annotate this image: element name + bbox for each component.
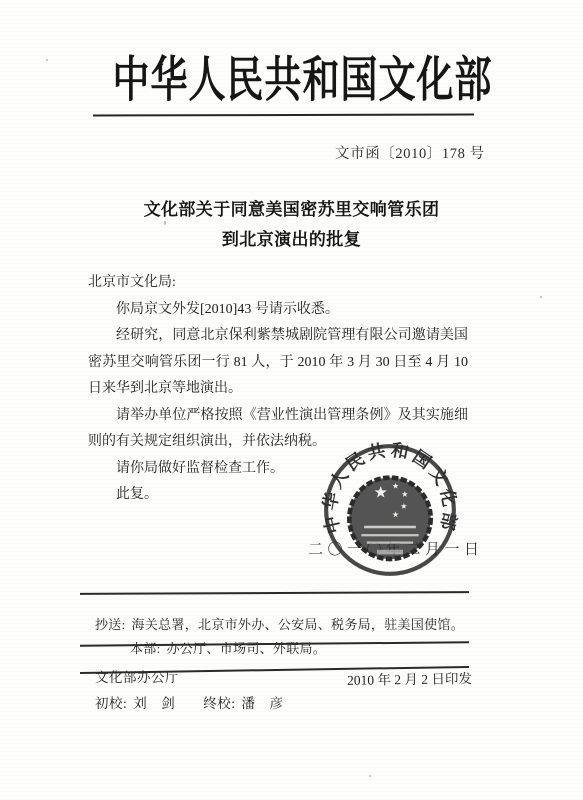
cc-label: 抄送: xyxy=(95,617,126,632)
first-proofreader-name: 刘 剑 xyxy=(133,696,175,711)
scan-speckle xyxy=(540,296,542,298)
issuing-office: 文化部办公厅 xyxy=(95,666,179,686)
issuing-authority-title: 中华人民共和国文化部 xyxy=(11,57,583,105)
document-title: 文化部关于同意美国密苏里交响管乐团 到北京演出的批复 xyxy=(0,195,583,255)
scan-speckle xyxy=(369,775,371,777)
header-divider xyxy=(93,114,474,117)
scan-speckle xyxy=(164,221,166,225)
footer-divider-top xyxy=(80,591,469,595)
paragraph-approval: 经研究，同意北京保利紫禁城剧院管理有限公司邀请美国密苏里交响管乐团一行 81 人… xyxy=(88,323,468,403)
official-seal: 中华人民共和国文化部 xyxy=(316,436,464,584)
cc-line: 抄送:海关总署，北京市外办、公安局、税务局，驻美国使馆。 xyxy=(95,614,464,633)
first-proofreader-label: 初校: xyxy=(95,696,127,711)
document-page: 中华人民共和国文化部 文市函〔2010〕178 号 文化部关于同意美国密苏里交响… xyxy=(0,0,583,800)
document-number: 文市函〔2010〕178 号 xyxy=(335,142,485,163)
print-date: 2010 年 2 月 2 日印发 xyxy=(347,667,472,689)
cc-list: 海关总署，北京市外办、公安局、税务局，驻美国使馆。 xyxy=(132,617,465,632)
internal-distribution-line: 本部:办公厅、市场司、外联局。 xyxy=(130,638,326,657)
national-emblem-icon xyxy=(349,478,430,559)
document-title-line1: 文化部关于同意美国密苏里交响管乐团 xyxy=(0,195,583,225)
scan-speckle xyxy=(46,59,48,61)
seal-graphic: 中华人民共和国文化部 xyxy=(316,436,464,584)
proofreaders-line: 初校:刘 剑终校:潘 彦 xyxy=(95,692,284,712)
final-proofreader-label: 终校: xyxy=(203,696,235,711)
addressee: 北京市文化局: xyxy=(88,270,468,297)
final-proofreader-name: 潘 彦 xyxy=(242,696,284,711)
document-title-line2: 到北京演出的批复 xyxy=(0,225,583,255)
paragraph-acknowledgement: 你局京文外发[2010]43 号请示收悉。 xyxy=(88,297,468,324)
